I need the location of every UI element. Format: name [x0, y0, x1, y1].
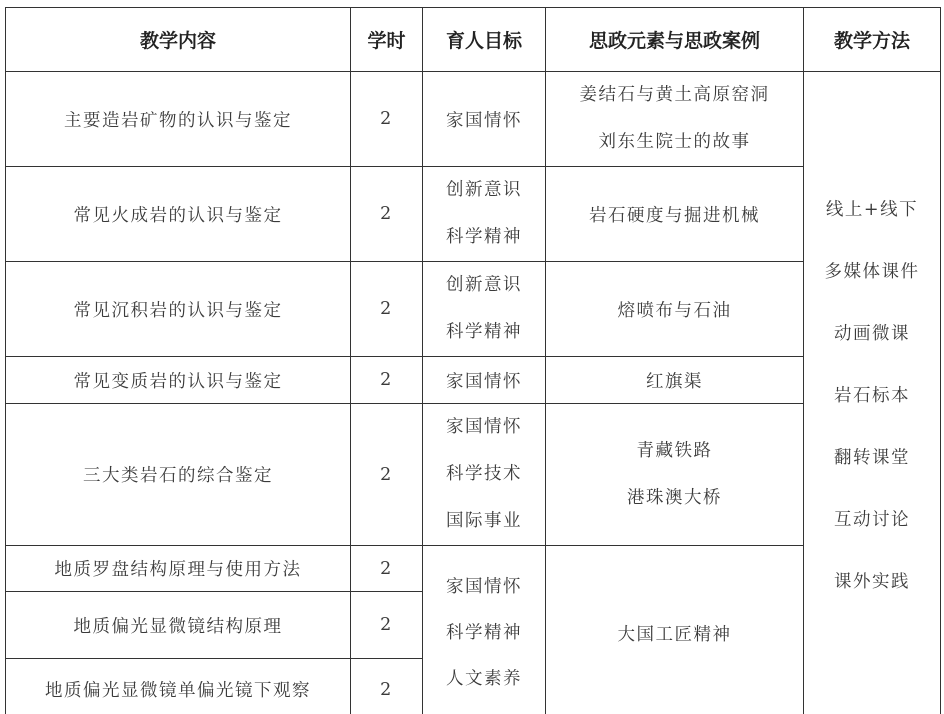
case-cell: 青藏铁路 港珠澳大桥 [546, 404, 804, 546]
table-row: 常见变质岩的认识与鉴定 2 家国情怀 红旗渠 [6, 357, 941, 404]
content-cell: 地质偏光显微镜结构原理 [6, 592, 351, 659]
table-row: 主要造岩矿物的认识与鉴定 2 家国情怀 姜结石与黄土高原窑洞 刘东生院士的故事 … [6, 72, 941, 167]
table-row: 常见火成岩的认识与鉴定 2 创新意识 科学精神 岩石硬度与掘进机械 [6, 167, 941, 262]
case-cell: 大国工匠精神 [546, 546, 804, 714]
hours-cell: 2 [351, 262, 423, 357]
content-cell: 常见变质岩的认识与鉴定 [6, 357, 351, 404]
case-cell: 熔喷布与石油 [546, 262, 804, 357]
header-row: 教学内容 学时 育人目标 思政元素与思政案例 教学方法 [6, 8, 941, 72]
content-cell: 地质偏光显微镜单偏光镜下观察 [6, 659, 351, 714]
methods-cell: 线上+线下 多媒体课件 动画微课 岩石标本 翻转课堂 互动讨论 课外实践 [804, 72, 941, 714]
content-cell: 常见沉积岩的认识与鉴定 [6, 262, 351, 357]
header-content: 教学内容 [6, 8, 351, 72]
content-cell: 主要造岩矿物的认识与鉴定 [6, 72, 351, 167]
goal-cell: 创新意识 科学精神 [423, 262, 546, 357]
content-cell: 常见火成岩的认识与鉴定 [6, 167, 351, 262]
header-goals: 育人目标 [423, 8, 546, 72]
header-methods: 教学方法 [804, 8, 941, 72]
header-hours: 学时 [351, 8, 423, 72]
goal-cell: 家国情怀 [423, 357, 546, 404]
case-cell: 红旗渠 [546, 357, 804, 404]
goal-cell: 家国情怀 [423, 72, 546, 167]
hours-cell: 2 [351, 167, 423, 262]
hours-cell: 2 [351, 357, 423, 404]
hours-cell: 2 [351, 659, 423, 714]
content-cell: 地质罗盘结构原理与使用方法 [6, 546, 351, 592]
goal-cell: 创新意识 科学精神 [423, 167, 546, 262]
content-cell: 三大类岩石的综合鉴定 [6, 404, 351, 546]
header-cases: 思政元素与思政案例 [546, 8, 804, 72]
curriculum-table: 教学内容 学时 育人目标 思政元素与思政案例 教学方法 主要造岩矿物的认识与鉴定… [5, 7, 941, 714]
case-cell: 姜结石与黄土高原窑洞 刘东生院士的故事 [546, 72, 804, 167]
table-row: 常见沉积岩的认识与鉴定 2 创新意识 科学精神 熔喷布与石油 [6, 262, 941, 357]
hours-cell: 2 [351, 592, 423, 659]
hours-cell: 2 [351, 404, 423, 546]
hours-cell: 2 [351, 72, 423, 167]
hours-cell: 2 [351, 546, 423, 592]
goal-cell: 家国情怀 科学精神 人文素养 [423, 546, 546, 714]
table-row: 三大类岩石的综合鉴定 2 家国情怀 科学技术 国际事业 青藏铁路 港珠澳大桥 [6, 404, 941, 546]
case-cell: 岩石硬度与掘进机械 [546, 167, 804, 262]
table-row: 地质罗盘结构原理与使用方法 2 家国情怀 科学精神 人文素养 大国工匠精神 [6, 546, 941, 592]
goal-cell: 家国情怀 科学技术 国际事业 [423, 404, 546, 546]
